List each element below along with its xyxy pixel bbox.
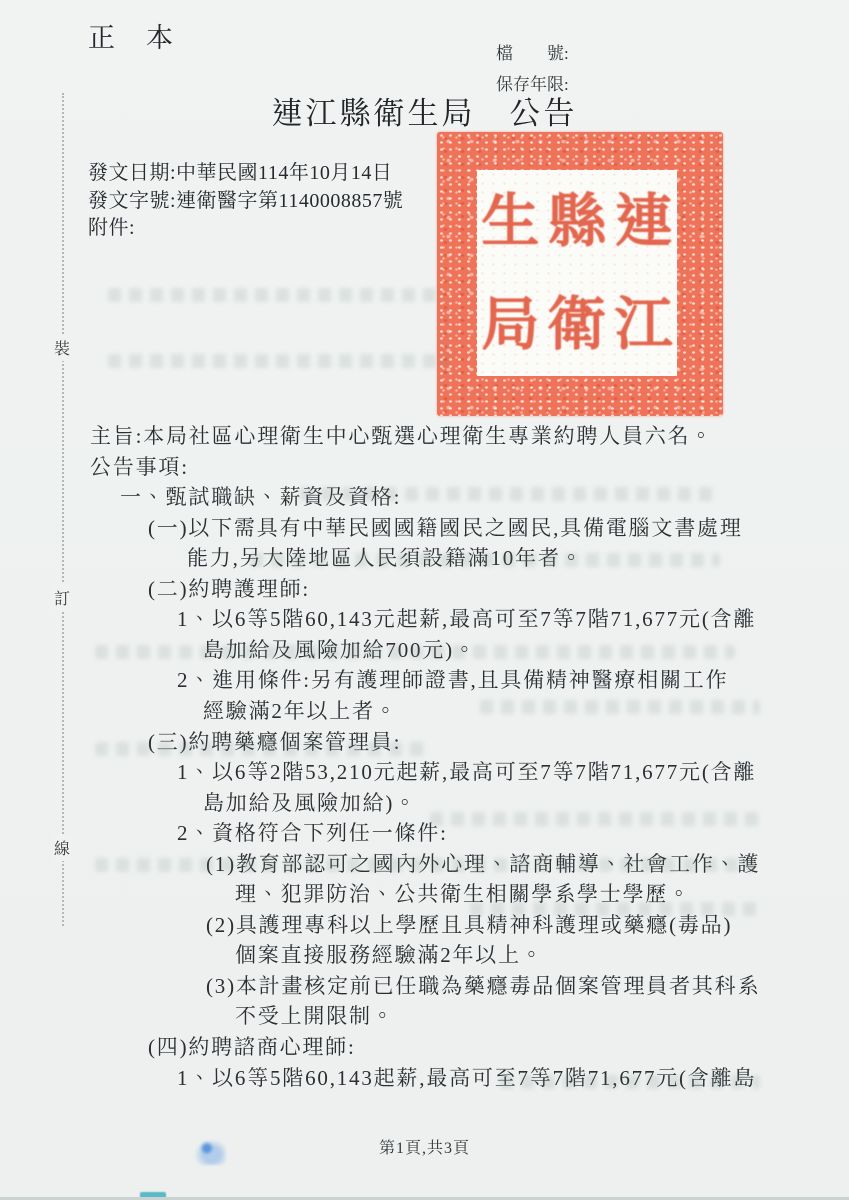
ink-smudge-artifact [194,1139,226,1165]
file-number-label: 檔 號: [496,38,569,69]
bleed-through-artifact [480,700,760,714]
body-line: 島加給及風險加給)。 [203,788,417,819]
binding-mark-zhuang: 裝 [53,334,71,361]
bleed-through-artifact [250,553,720,567]
body-line: 2、進用條件:另有護理師證書,且具備精神醫療相關工作 [177,665,728,696]
seal-char: 生 [481,193,539,251]
bleed-through-artifact [430,812,760,826]
copy-type-label: 正 本 [88,16,175,55]
body-line: 公告事項: [90,452,189,483]
document-meta: 發文日期:中華民國114年10月14日 發文字號:連衛醫字第1140008857… [88,160,403,243]
body-line: 主旨:本局社區心理衛生中心甄選心理衛生專業約聘人員六名。 [90,421,713,452]
seal-char: 江 [615,296,673,354]
body-line: 個案直接服務經驗滿2年以上。 [235,940,544,971]
attachment-label: 附件: [88,215,403,243]
document-page: 正 本 檔 號: 保存年限: 連江縣衛生局 公告 發文日期:中華民國114年10… [0,0,849,1200]
bleed-through-artifact [95,645,735,659]
seal-char: 縣 [548,193,606,251]
official-seal-stamp: 連 江 縣 衛 生 局 [437,132,723,416]
official-seal-characters: 連 江 縣 衛 生 局 [477,170,677,376]
body-line: (3)本計畫核定前已任職為藥癮毒品個案管理員者其科系 [206,971,760,1002]
doc-number-line: 發文字號:連衛醫字第1140008857號 [88,188,403,216]
page-number: 第1頁,共3頁 [0,1135,849,1158]
bleed-through-artifact [95,742,425,756]
bleed-through-artifact [300,487,720,501]
binding-mark-ding: 訂 [53,584,71,611]
body-line: 2、資格符合下列任一條件: [177,818,448,849]
bleed-through-artifact [108,354,448,368]
binding-dotted-line [62,93,64,926]
body-line: (二)約聘護理師: [148,574,310,605]
bleed-through-artifact [95,858,755,872]
bleed-through-artifact [500,1075,760,1089]
seal-char: 連 [615,193,673,251]
issue-date-line: 發文日期:中華民國114年10月14日 [88,160,403,188]
page-title: 連江縣衛生局 公告 [0,88,849,133]
body-line: 1、以6等2階53,210元起薪,最高可至7等7階71,677元(含離 [177,757,756,788]
bleed-through-artifact [108,288,438,302]
body-line: 1、以6等5階60,143元起薪,最高可至7等7階71,677元(含離 [177,604,756,635]
body-line: (一)以下需具有中華民國國籍國民之國民,具備電腦文書處理 [148,513,743,544]
seal-char: 局 [481,296,539,354]
seal-char: 衛 [548,296,606,354]
body-line: 經驗滿2年以上者。 [203,696,398,727]
bleed-through-artifact [470,902,760,916]
body-line: 不受上開限制。 [235,1001,395,1032]
body-line: (四)約聘諮商心理師: [148,1032,356,1063]
binding-mark-xian: 線 [53,834,71,861]
